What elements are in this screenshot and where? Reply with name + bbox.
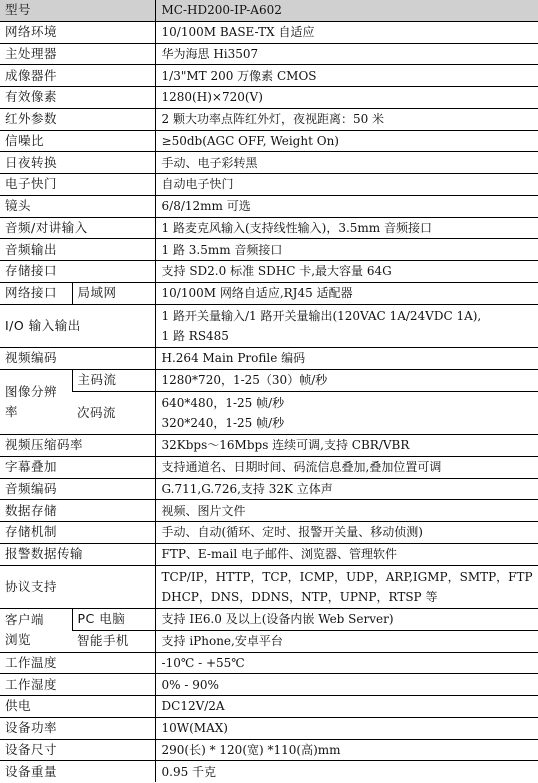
row-value: TCP/IP，HTTP，TCP，ICMP，UDP，ARP,IGMP，SMTP，F…	[155, 565, 538, 609]
row-label: 网络环境	[0, 21, 155, 43]
row-value: 视频、图片文件	[155, 500, 538, 522]
row-label: 报警数据传输	[0, 543, 155, 565]
row-sublabel: 局域网	[72, 282, 155, 304]
row-value: 0% - 90%	[155, 674, 538, 696]
sub-stream-value: 640*480，1-25 帧/秒 320*240，1-25 帧/秒	[155, 391, 538, 435]
row-value: 6/8/12mm 可选	[155, 195, 538, 217]
row-value: 290(长) * 120(宽) *110(高)mm	[155, 739, 538, 761]
table-row-io: I/O 输入输出 1 路开关量输入/1 路开关量输出(120VAC 1A/24V…	[0, 304, 538, 348]
table-row: 供电DC12V/2A	[0, 696, 538, 718]
row-value: 1 路开关量输入/1 路开关量输出(120VAC 1A/24VDC 1A), 1…	[155, 304, 538, 348]
row-value: 10W(MAX)	[155, 717, 538, 739]
pc-label: PC 电脑	[72, 609, 155, 631]
client-label-line: 浏览	[5, 630, 72, 650]
row-value: 支持 SD2.0 标准 SDHC 卡,最大容量 64G	[155, 261, 538, 283]
row-label: 红外参数	[0, 108, 155, 130]
row-value: H.264 Main Profile 编码	[155, 348, 538, 370]
row-label: 信噪比	[0, 130, 155, 152]
row-value-line: DHCP，DNS，DDNS，NTP，UPNP，RTSP 等	[162, 587, 538, 607]
pc-value: 支持 IE6.0 及以上(设备内嵌 Web Server)	[155, 609, 538, 631]
table-row-client-pc: 客户端 浏览 PC 电脑 支持 IE6.0 及以上(设备内嵌 Web Serve…	[0, 609, 538, 631]
row-label: 设备功率	[0, 717, 155, 739]
row-value: 华为海思 Hi3507	[155, 43, 538, 65]
table-row-protocol: 协议支持 TCP/IP，HTTP，TCP，ICMP，UDP，ARP,IGMP，S…	[0, 565, 538, 609]
table-row: 音频输出1 路 3.5mm 音频接口	[0, 239, 538, 261]
phone-value: 支持 iPhone,安卓平台	[155, 630, 538, 652]
row-label: 字幕叠加	[0, 456, 155, 478]
row-label: 数据存储	[0, 500, 155, 522]
row-label: 有效像素	[0, 87, 155, 109]
table-row: 设备功率10W(MAX)	[0, 717, 538, 739]
table-row: 设备尺寸290(长) * 120(宽) *110(高)mm	[0, 739, 538, 761]
main-stream-value: 1280*720，1-25（30）帧/秒	[155, 369, 538, 391]
row-value: ≥50db(AGC OFF, Weight On)	[155, 130, 538, 152]
row-value: 32Kbps～16Mbps 连续可调,支持 CBR/VBR	[155, 435, 538, 457]
table-row: 红外参数2 颗大功率点阵红外灯，夜视距离：50 米	[0, 108, 538, 130]
table-row: 工作湿度0% - 90%	[0, 674, 538, 696]
table-row: 视频编码H.264 Main Profile 编码	[0, 348, 538, 370]
table-row: 设备重量0.95 千克	[0, 761, 538, 782]
resolution-label-line: 率	[5, 402, 72, 422]
row-label: 日夜转换	[0, 152, 155, 174]
table-row: 成像器件1/3"MT 200 万像素 CMOS	[0, 65, 538, 87]
table-row: 存储机制手动、自动(循环、定时、报警开关量、移动侦测)	[0, 522, 538, 544]
row-label: 视频压缩码率	[0, 435, 155, 457]
table-row: 音频/对讲输入1 路麦克风输入(支持线性输入)，3.5mm 音频接口	[0, 217, 538, 239]
row-value-line: TCP/IP，HTTP，TCP，ICMP，UDP，ARP,IGMP，SMTP，F…	[162, 567, 538, 587]
row-label: 工作湿度	[0, 674, 155, 696]
table-header-row: 型号 MC-HD200-IP-A602	[0, 0, 538, 21]
client-label-line: 客户端	[5, 610, 72, 630]
resolution-label: 图像分辨 率	[0, 369, 72, 434]
table-row: 电子快门自动电子快门	[0, 174, 538, 196]
row-value: G.711,G.726,支持 32K 立体声	[155, 478, 538, 500]
row-value: 10/100M BASE-TX 自适应	[155, 21, 538, 43]
table-row: 音频编码G.711,G.726,支持 32K 立体声	[0, 478, 538, 500]
row-value: 手动、自动(循环、定时、报警开关量、移动侦测)	[155, 522, 538, 544]
table-row: 数据存储视频、图片文件	[0, 500, 538, 522]
row-value: 支持通道名、日期时间、码流信息叠加,叠加位置可调	[155, 456, 538, 478]
row-value-line: 640*480，1-25 帧/秒	[162, 393, 538, 413]
row-label: 电子快门	[0, 174, 155, 196]
table-row-resolution-main: 图像分辨 率 主码流 1280*720，1-25（30）帧/秒	[0, 369, 538, 391]
table-row-resolution-sub: 次码流 640*480，1-25 帧/秒 320*240，1-25 帧/秒	[0, 391, 538, 435]
row-value: 手动、电子彩转黑	[155, 152, 538, 174]
row-label: 成像器件	[0, 65, 155, 87]
table-row: 有效像素1280(H)×720(V)	[0, 87, 538, 109]
table-row-network-interface: 网络接口 局域网 10/100M 网络自适应,RJ45 适配器	[0, 282, 538, 304]
model-label: 型号	[0, 0, 155, 21]
row-label: 设备重量	[0, 761, 155, 782]
table-row: 主处理器华为海思 Hi3507	[0, 43, 538, 65]
row-label: 工作温度	[0, 652, 155, 674]
row-value: 自动电子快门	[155, 174, 538, 196]
table-row: 信噪比≥50db(AGC OFF, Weight On)	[0, 130, 538, 152]
row-label: I/O 输入输出	[0, 304, 155, 348]
row-value: 1280(H)×720(V)	[155, 87, 538, 109]
row-value: FTP、E-mail 电子邮件、浏览器、管理软件	[155, 543, 538, 565]
row-value: 10/100M 网络自适应,RJ45 适配器	[155, 282, 538, 304]
row-label: 主处理器	[0, 43, 155, 65]
row-value: 2 颗大功率点阵红外灯，夜视距离：50 米	[155, 108, 538, 130]
table-row: 字幕叠加支持通道名、日期时间、码流信息叠加,叠加位置可调	[0, 456, 538, 478]
table-row: 日夜转换手动、电子彩转黑	[0, 152, 538, 174]
table-row: 视频压缩码率32Kbps～16Mbps 连续可调,支持 CBR/VBR	[0, 435, 538, 457]
row-value: 1/3"MT 200 万像素 CMOS	[155, 65, 538, 87]
table-row: 存储接口支持 SD2.0 标准 SDHC 卡,最大容量 64G	[0, 261, 538, 283]
row-label: 音频输出	[0, 239, 155, 261]
table-row-client-phone: 智能手机 支持 iPhone,安卓平台	[0, 630, 538, 652]
row-label: 视频编码	[0, 348, 155, 370]
row-value-line: 320*240，1-25 帧/秒	[162, 413, 538, 433]
table-row: 镜头6/8/12mm 可选	[0, 195, 538, 217]
row-value-line: 1 路 RS485	[162, 326, 538, 346]
main-stream-label: 主码流	[72, 369, 155, 391]
row-label: 协议支持	[0, 565, 155, 609]
sub-stream-label: 次码流	[72, 391, 155, 435]
row-label: 音频/对讲输入	[0, 217, 155, 239]
row-value: -10℃ - +55℃	[155, 652, 538, 674]
resolution-label-line: 图像分辨	[5, 382, 72, 402]
row-label: 音频编码	[0, 478, 155, 500]
phone-label: 智能手机	[72, 630, 155, 652]
spec-table: 型号 MC-HD200-IP-A602 网络环境10/100M BASE-TX …	[0, 0, 538, 782]
model-value: MC-HD200-IP-A602	[155, 0, 538, 21]
row-label: 网络接口	[0, 282, 72, 304]
row-value: 0.95 千克	[155, 761, 538, 782]
row-label: 供电	[0, 696, 155, 718]
table-row: 报警数据传输FTP、E-mail 电子邮件、浏览器、管理软件	[0, 543, 538, 565]
row-label: 设备尺寸	[0, 739, 155, 761]
client-label: 客户端 浏览	[0, 609, 72, 653]
table-row: 工作温度-10℃ - +55℃	[0, 652, 538, 674]
row-label: 镜头	[0, 195, 155, 217]
row-value: DC12V/2A	[155, 696, 538, 718]
row-value-line: 1 路开关量输入/1 路开关量输出(120VAC 1A/24VDC 1A),	[162, 306, 538, 326]
table-row: 网络环境10/100M BASE-TX 自适应	[0, 21, 538, 43]
row-label: 存储接口	[0, 261, 155, 283]
row-value: 1 路 3.5mm 音频接口	[155, 239, 538, 261]
row-label: 存储机制	[0, 522, 155, 544]
row-value: 1 路麦克风输入(支持线性输入)，3.5mm 音频接口	[155, 217, 538, 239]
